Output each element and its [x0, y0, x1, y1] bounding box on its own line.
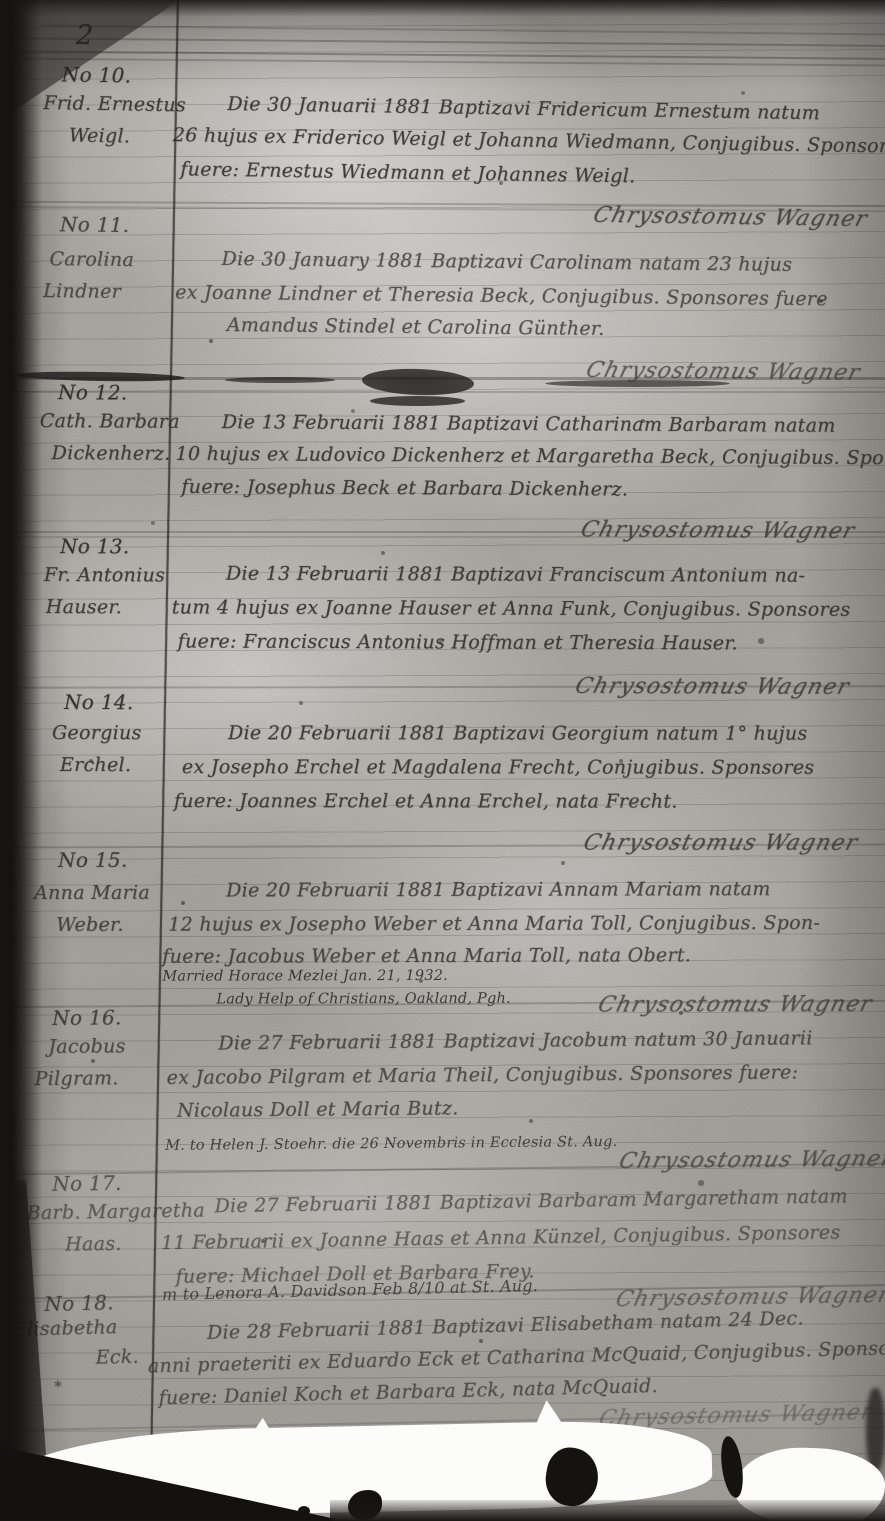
scanned-register-page: 2 No 10. Frid. Ernestus Weigl. Die 30 Ja… — [0, 0, 885, 1521]
photocopy-noise-texture — [0, 0, 885, 1521]
scan-edge-bottom — [330, 1500, 885, 1521]
